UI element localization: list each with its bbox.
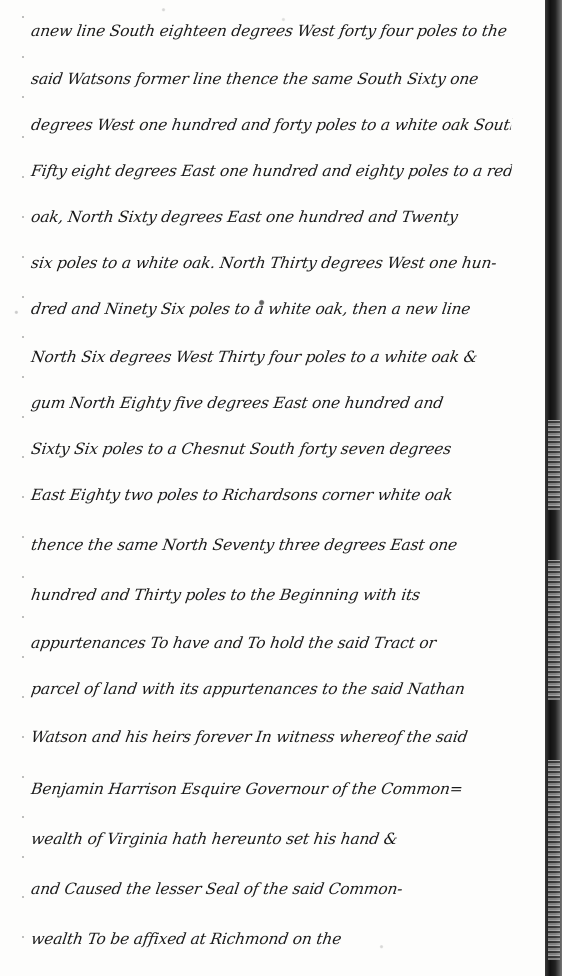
edge-highlight bbox=[548, 560, 560, 700]
text-line: wealth of Virginia hath hereunto set his… bbox=[30, 830, 513, 848]
text-line: Fifty eight degrees East one hundred and… bbox=[30, 162, 513, 180]
text-line: appurtenances To have and To hold the sa… bbox=[30, 634, 513, 652]
text-line: dred and Ninety Six poles to a white oak… bbox=[30, 300, 513, 318]
document-page: anew line South eighteen degrees West fo… bbox=[0, 0, 545, 976]
margin-marks bbox=[22, 0, 24, 976]
text-line: Watson and his heirs forever In witness … bbox=[30, 728, 513, 746]
text-line: hundred and Thirty poles to the Beginnin… bbox=[30, 586, 513, 604]
page-binding-edge bbox=[545, 0, 562, 976]
text-line: Sixty Six poles to a Chesnut South forty… bbox=[30, 440, 513, 458]
text-line: oak, North Sixty degrees East one hundre… bbox=[30, 208, 513, 226]
text-line: North Six degrees West Thirty four poles… bbox=[30, 348, 513, 366]
edge-highlight bbox=[548, 760, 560, 960]
text-line: six poles to a white oak. North Thirty d… bbox=[30, 254, 513, 272]
text-line: East Eighty two poles to Richardsons cor… bbox=[30, 486, 513, 504]
text-line: and Caused the lesser Seal of the said C… bbox=[30, 880, 513, 898]
text-line: wealth To be affixed at Richmond on the bbox=[30, 930, 513, 948]
text-line: parcel of land with its appurtenances to… bbox=[30, 680, 513, 698]
text-line: Benjamin Harrison Esquire Governour of t… bbox=[30, 780, 513, 798]
text-line: thence the same North Seventy three degr… bbox=[30, 536, 513, 554]
text-line: said Watsons former line thence the same… bbox=[30, 70, 513, 88]
text-line: gum North Eighty five degrees East one h… bbox=[30, 394, 513, 412]
edge-highlight bbox=[548, 420, 560, 510]
text-line: degrees West one hundred and forty poles… bbox=[30, 116, 513, 134]
text-line: anew line South eighteen degrees West fo… bbox=[30, 22, 513, 40]
